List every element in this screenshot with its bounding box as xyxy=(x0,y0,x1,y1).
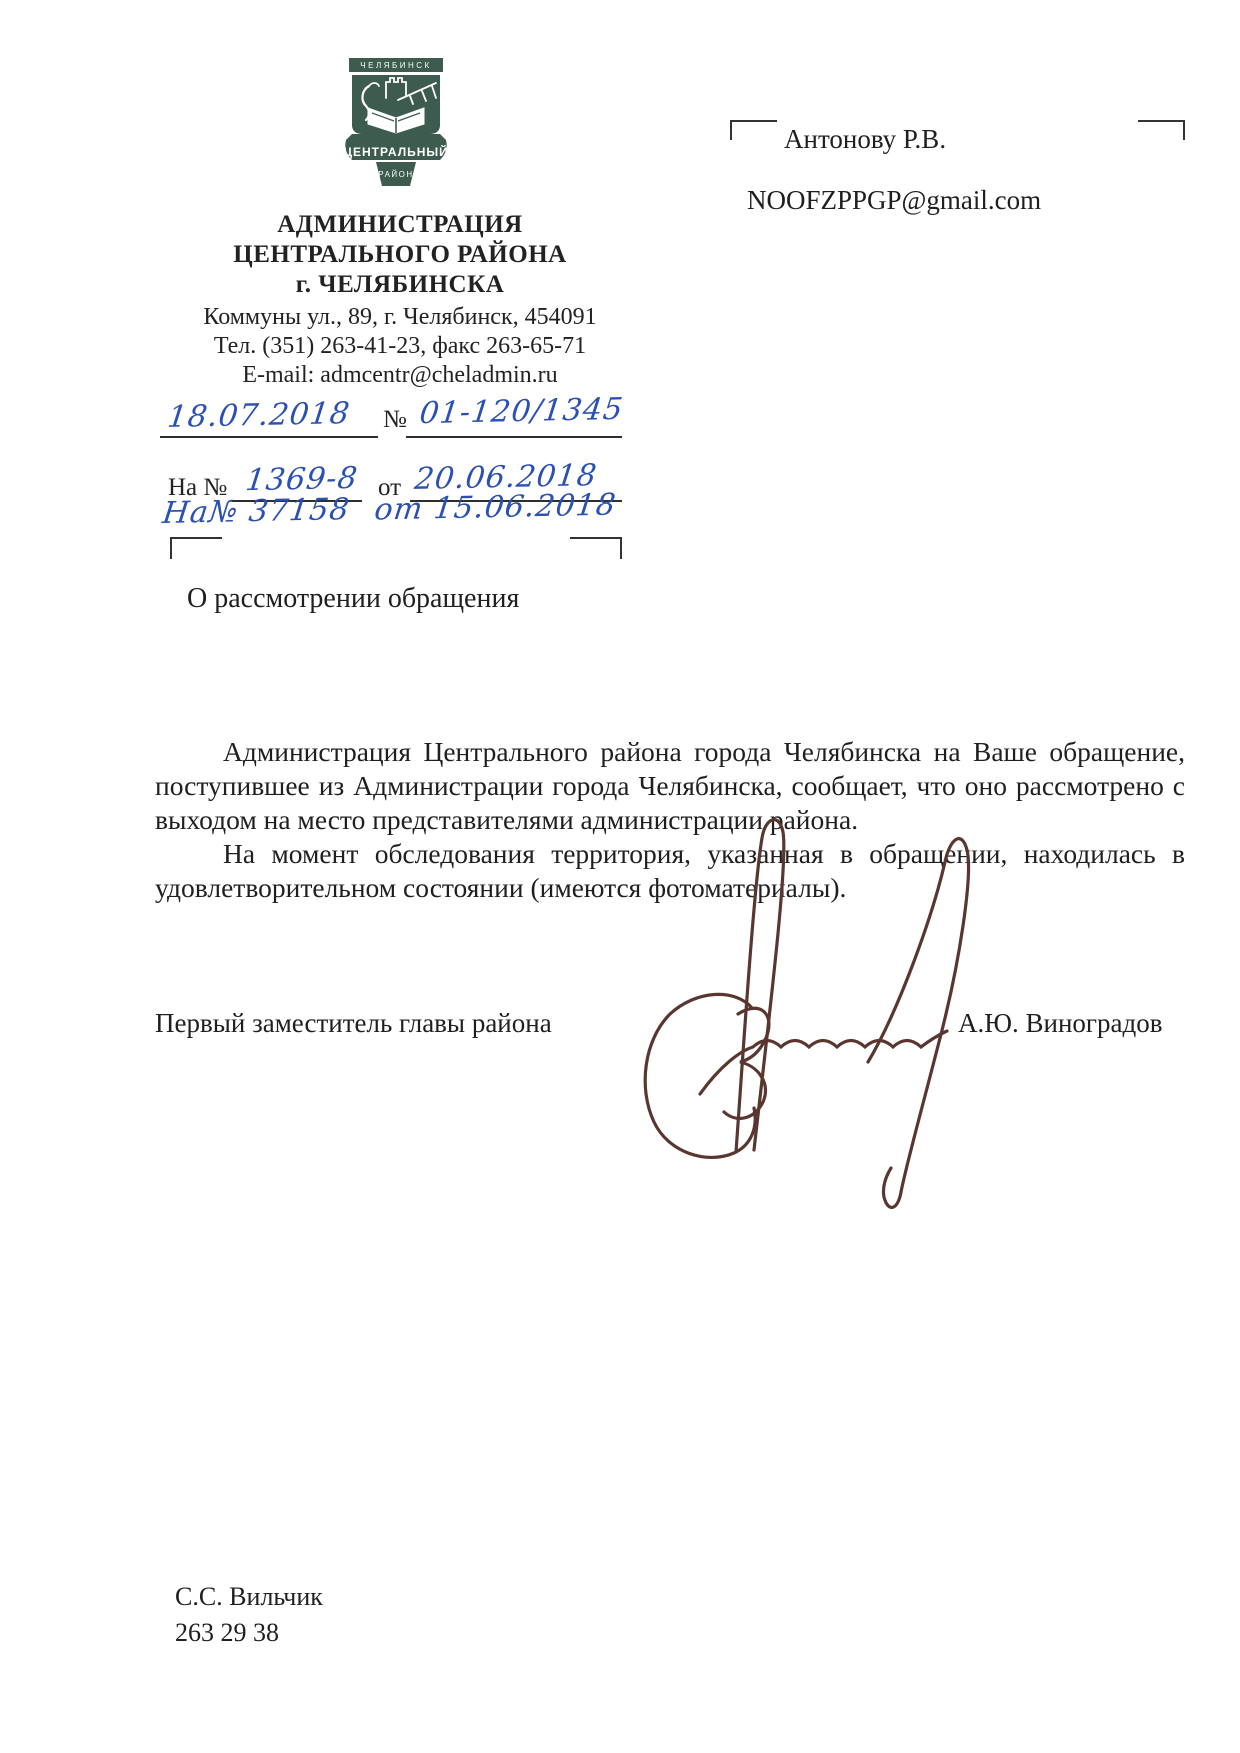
second-reply-number-handwritten: На№ 37158 xyxy=(161,492,352,531)
org-email: E-mail: admcentr@cheladmin.ru xyxy=(130,361,670,390)
corner-mark-top-left xyxy=(730,120,777,140)
outgoing-date-handwritten: 18.07.2018 xyxy=(166,396,352,435)
org-title-line1: АДМИНИСТРАЦИЯ xyxy=(150,210,650,240)
subject-line: О рассмотрении обращения xyxy=(187,583,519,615)
signer-name: А.Ю. Виноградов xyxy=(958,1008,1162,1039)
org-address: Коммуны ул., 89, г. Челябинск, 454091 xyxy=(130,303,670,332)
corner-mark-bottom-left xyxy=(170,537,222,559)
org-title-line3: г. ЧЕЛЯБИНСКА xyxy=(150,270,650,300)
second-reply-date-handwritten: от 15.06.2018 xyxy=(373,487,619,527)
number-sign-label: № xyxy=(383,406,407,434)
coat-of-arms-emblem: ЧЕЛЯБИНСК ЦЕНТРАЛЬНЫЙ РАЙОН xyxy=(344,56,448,192)
emblem-city-label: ЧЕЛЯБИНСК xyxy=(360,61,431,70)
executor-phone: 263 29 38 xyxy=(175,1618,279,1648)
emblem-rayon-label: РАЙОН xyxy=(378,170,413,179)
signer-position-title: Первый заместитель главы района xyxy=(155,1008,552,1039)
corner-mark-top-right xyxy=(1138,120,1185,140)
org-title-line2: ЦЕНТРАЛЬНОГО РАЙОНА xyxy=(150,240,650,270)
recipient-email: NOOFZPPGP@gmail.com xyxy=(747,185,1041,216)
recipient-name: Антонову Р.В. xyxy=(784,124,946,155)
handwritten-signature xyxy=(580,795,1000,1235)
org-contacts: Коммуны ул., 89, г. Челябинск, 454091 Те… xyxy=(130,303,670,390)
emblem-district-label: ЦЕНТРАЛЬНЫЙ xyxy=(344,144,448,159)
number-underline xyxy=(406,436,622,438)
org-title: АДМИНИСТРАЦИЯ ЦЕНТРАЛЬНОГО РАЙОНА г. ЧЕЛ… xyxy=(150,210,650,300)
org-phone: Тел. (351) 263-41-23, факс 263-65-71 xyxy=(130,332,670,361)
scanned-letter-page: ЧЕЛЯБИНСК ЦЕНТРАЛЬНЫЙ РАЙОН АДМИНИСТРАЦИ… xyxy=(0,0,1240,1753)
corner-mark-bottom-right xyxy=(570,537,622,559)
executor-name: С.С. Вильчик xyxy=(175,1582,323,1612)
outgoing-number-handwritten: 01-120/1345 xyxy=(418,392,626,431)
date-underline xyxy=(160,436,378,438)
